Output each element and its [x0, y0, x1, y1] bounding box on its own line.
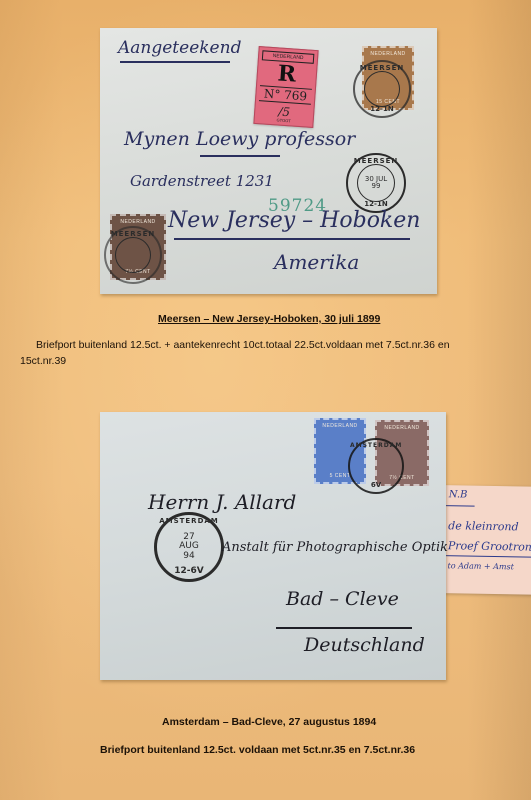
postmark-time: 12-1N — [355, 106, 409, 113]
stamp-country: NEDERLAND — [364, 51, 412, 57]
address-line-4: Amerika — [274, 250, 359, 274]
registration-label-number: N° 769 — [259, 85, 312, 105]
note-rule — [445, 505, 475, 507]
postmark-ring — [115, 237, 151, 273]
note-line: N.B — [449, 489, 468, 500]
item-title-1: Meersen – New Jersey-Hoboken, 30 juli 18… — [158, 313, 380, 325]
item-description-1-line2: 15ct.nr.39 — [20, 353, 66, 369]
postmark-ring — [364, 71, 400, 107]
address2-line-4: Deutschland — [304, 634, 425, 656]
stamp-country: NEDERLAND — [112, 219, 164, 225]
postmark-date: 27 AUG 94 — [177, 533, 201, 561]
postmark-amsterdam-main: AMSTERDAM 27 AUG 94 12-6V — [154, 512, 224, 582]
address-line-3: New Jersey – Hoboken — [168, 208, 420, 233]
note-line: de kleinrond — [448, 519, 519, 533]
postmark-time: 6V — [350, 482, 402, 489]
note-rule — [444, 555, 531, 558]
item-description-2: Briefport buitenland 12.5ct. voldaan met… — [100, 744, 415, 756]
stamp-country: NEDERLAND — [377, 425, 427, 431]
postmark-meersen-date: MEERSEN 30 JUL 99 12-1N — [346, 153, 406, 213]
postmark-town: AMSTERDAM — [350, 443, 402, 449]
stamp-country: NEDERLAND — [316, 423, 364, 429]
note-line: Proef Grootrond — [448, 539, 531, 554]
address2-line-1: Herrn J. Allard — [148, 490, 296, 514]
postmark-meersen-top: MEERSEN 12-1N — [353, 60, 411, 118]
note-line: to Adam + Amst — [447, 561, 513, 571]
address-line-1: Mynen Loewy professor — [124, 128, 355, 150]
address2-underline — [276, 627, 412, 629]
registration-label: NEDERLAND R N° 769 /5 GTOOT — [253, 46, 318, 128]
address2-line-3: Bad – Cleve — [286, 588, 399, 610]
postmark-town: AMSTERDAM — [157, 518, 221, 525]
item-description-1-line1: Briefport buitenland 12.5ct. + aantekenr… — [36, 337, 450, 353]
postmark-meersen-left: MEERSEN — [104, 226, 162, 284]
address2-line-2: Anstalt für Photographische Optik — [222, 540, 448, 555]
postmark-ring — [357, 164, 395, 202]
address-line-2: Gardenstreet 1231 — [130, 172, 274, 190]
registration-letter: R — [257, 59, 317, 89]
address-underline-name — [200, 155, 280, 157]
postmark-amsterdam-stamps: AMSTERDAM 6V — [348, 438, 404, 494]
postmark-time: 12-6V — [157, 567, 221, 576]
item-title-2: Amsterdam – Bad-Cleve, 27 augustus 1894 — [162, 716, 376, 728]
annotation-underline — [120, 61, 230, 63]
annotation-aangeteekend: Aangeteekend — [118, 38, 241, 58]
address-underline-city — [174, 238, 410, 240]
note-card: N.B de kleinrond Proef Grootrond to Adam… — [443, 485, 531, 595]
postmark-time: 12-1N — [348, 201, 404, 208]
